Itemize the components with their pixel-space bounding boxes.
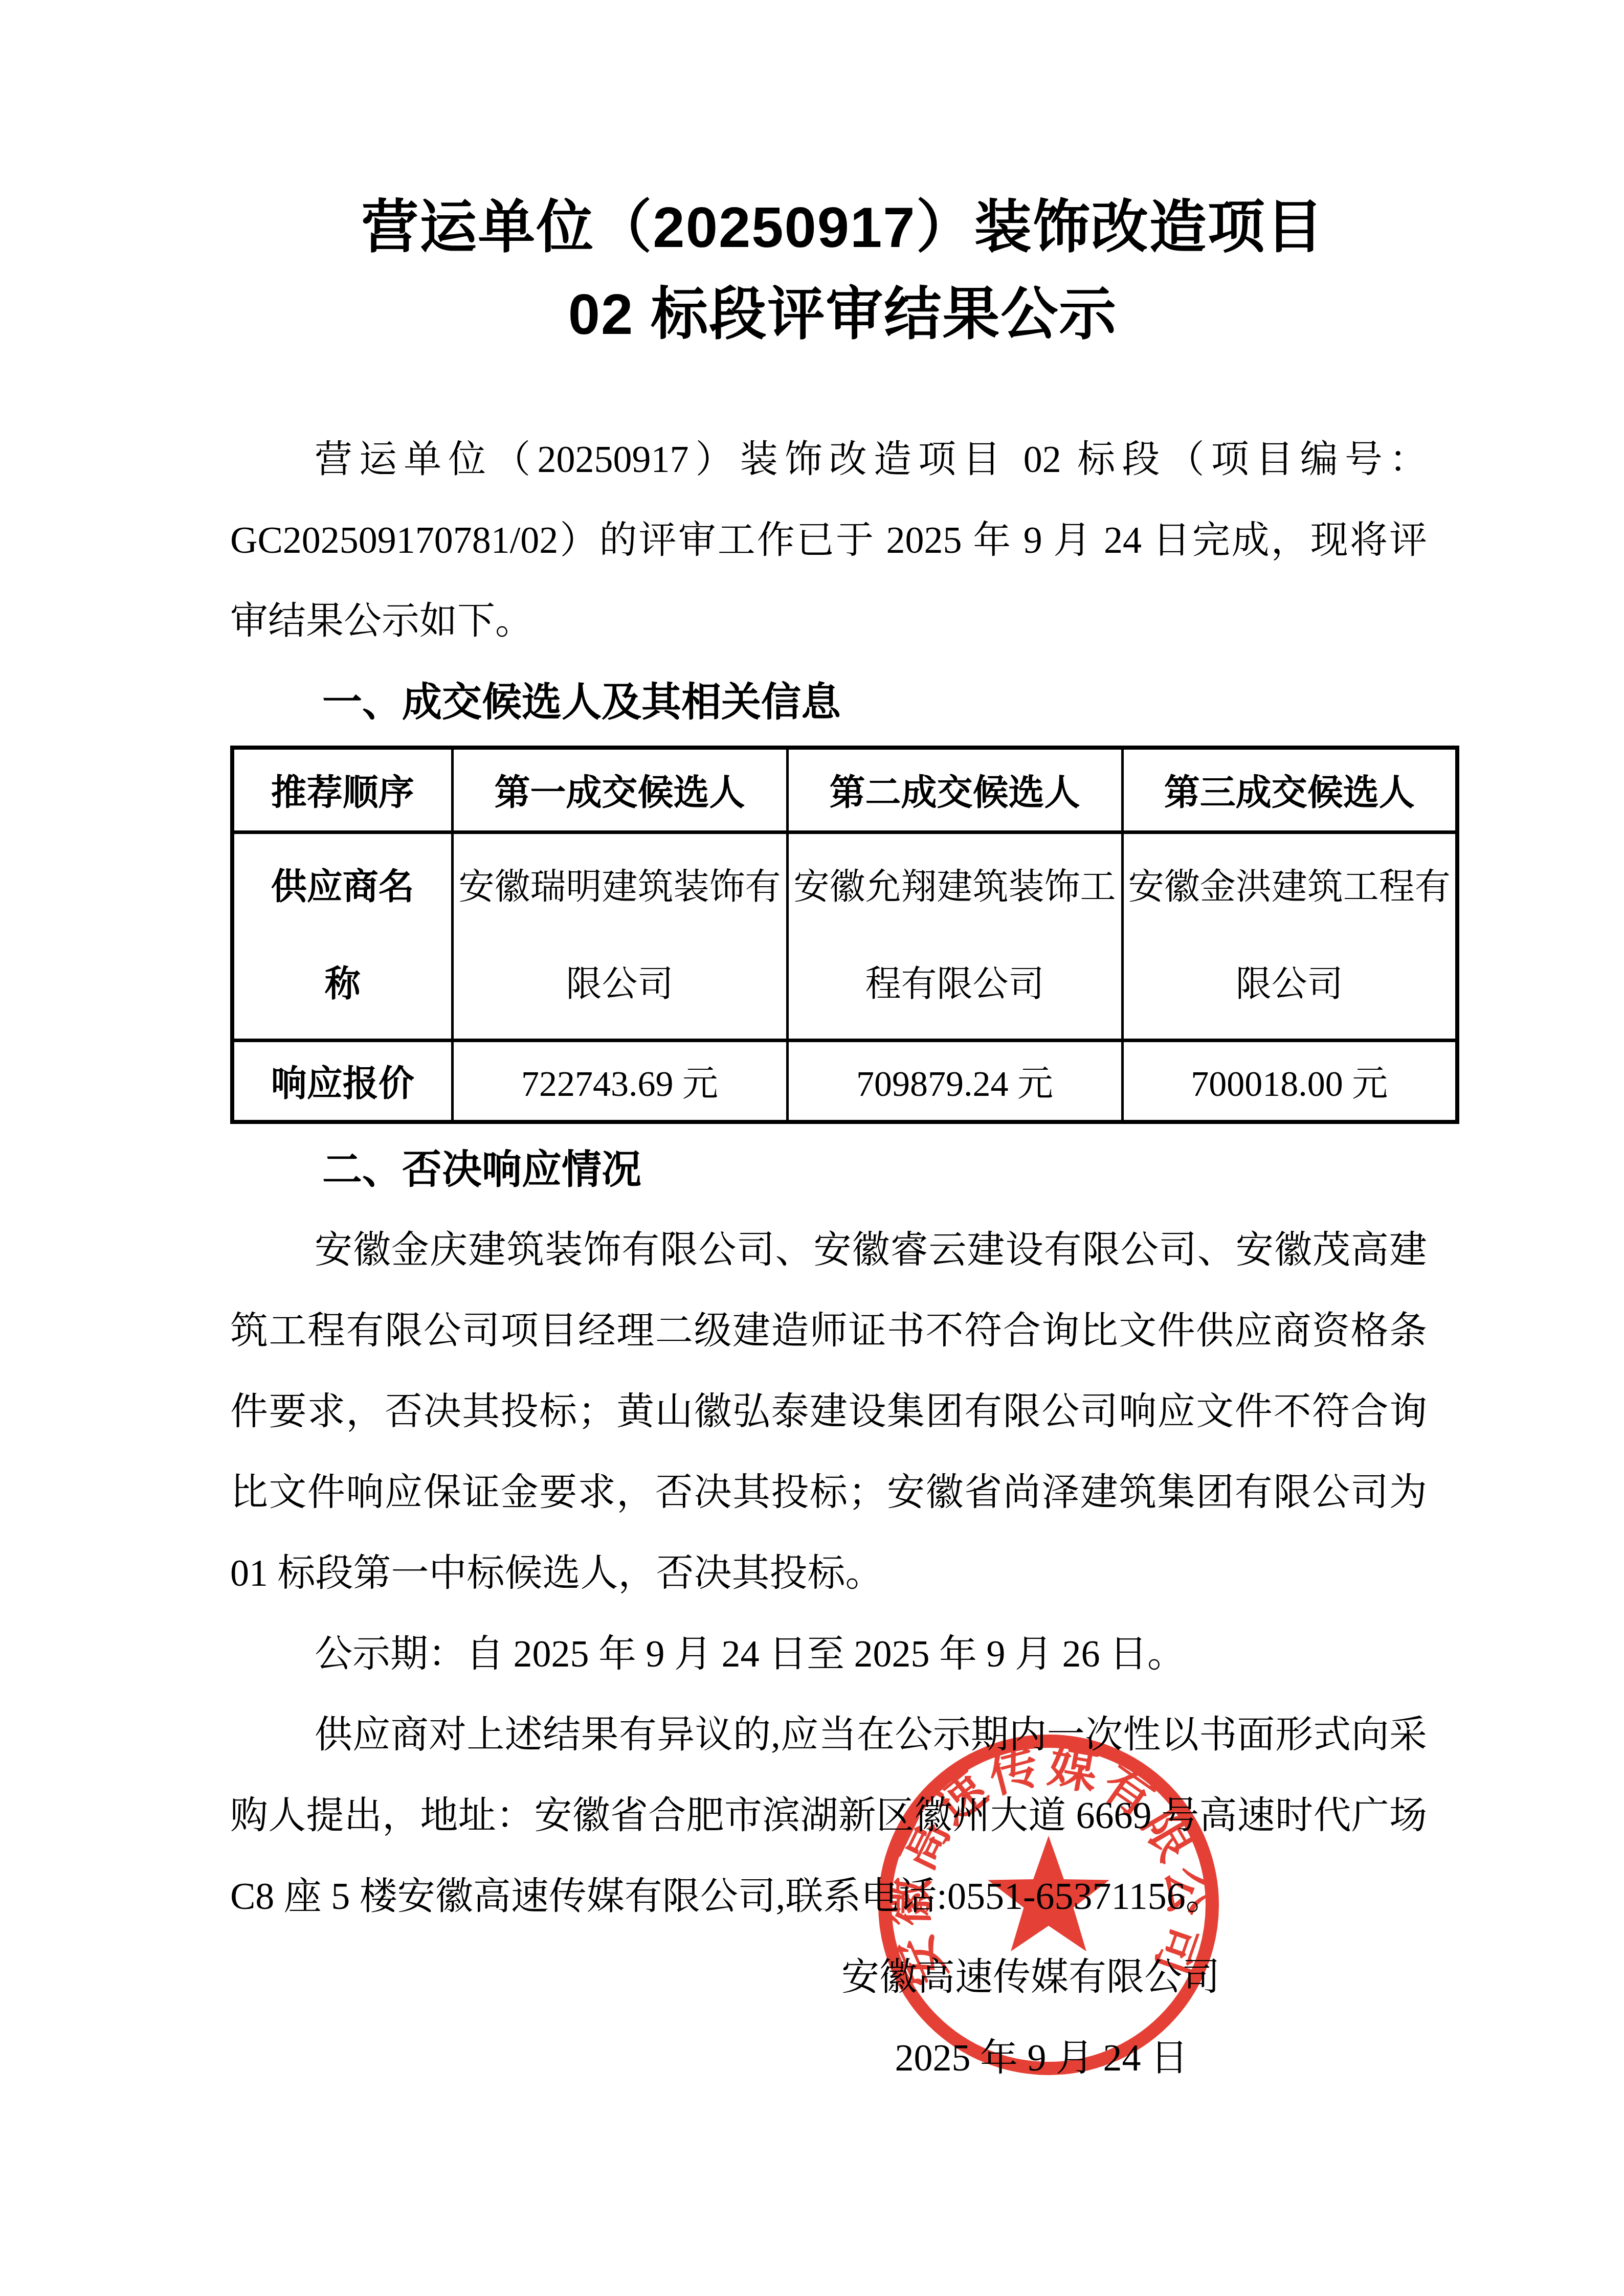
document-page: 营运单位（20250917）装饰改造项目 02 标段评审结果公示 营运单位（20… bbox=[0, 0, 1624, 2296]
supplier-name-label: 供应商名称 bbox=[232, 832, 452, 1040]
header-recommend-order: 推荐顺序 bbox=[232, 748, 452, 832]
document-content: 营运单位（20250917）装饰改造项目 02 标段评审结果公示 营运单位（20… bbox=[230, 0, 1455, 2099]
signature-block: 安徽高速传媒有限公司 2025 年 9 月 24 日 bbox=[230, 1937, 1455, 2099]
supplier-name-third: 安徽金洪建筑工程有限公司 bbox=[1122, 832, 1457, 1040]
supplier-name-second: 安徽允翔建筑装饰工程有限公司 bbox=[787, 832, 1122, 1040]
header-first-candidate: 第一成交候选人 bbox=[452, 748, 787, 832]
header-third-candidate: 第三成交候选人 bbox=[1122, 748, 1457, 832]
page-title: 营运单位（20250917）装饰改造项目 02 标段评审结果公示 bbox=[230, 184, 1455, 358]
signature-company: 安徽高速传媒有限公司 bbox=[230, 1937, 1220, 2018]
header-second-candidate: 第二成交候选人 bbox=[787, 748, 1122, 832]
section-1-heading: 一、成交候选人及其相关信息 bbox=[230, 662, 1455, 742]
publicity-period-paragraph: 公示期：自 2025 年 9 月 24 日至 2025 年 9 月 26 日。 bbox=[230, 1614, 1427, 1695]
response-price-first: 722743.69 元 bbox=[452, 1040, 787, 1122]
supplier-name-first: 安徽瑞明建筑装饰有限公司 bbox=[452, 832, 787, 1040]
table-row-response-price: 响应报价 722743.69 元 709879.24 元 700018.00 元 bbox=[232, 1040, 1457, 1122]
title-line-1: 营运单位（20250917）装饰改造项目 bbox=[230, 184, 1455, 271]
response-price-label: 响应报价 bbox=[232, 1040, 452, 1122]
signature-date: 2025 年 9 月 24 日 bbox=[230, 2018, 1188, 2099]
response-price-second: 709879.24 元 bbox=[787, 1040, 1122, 1122]
table-header-row: 推荐顺序 第一成交候选人 第二成交候选人 第三成交候选人 bbox=[232, 748, 1457, 832]
intro-paragraph: 营运单位（20250917）装饰改造项目 02 标段（项目编号：GC202509… bbox=[230, 419, 1427, 662]
objection-paragraph: 供应商对上述结果有异议的,应当在公示期内一次性以书面形式向采购人提出，地址：安徽… bbox=[230, 1695, 1427, 1937]
candidates-table: 推荐顺序 第一成交候选人 第二成交候选人 第三成交候选人 供应商名称 安徽瑞明建… bbox=[230, 746, 1459, 1124]
title-line-2: 02 标段评审结果公示 bbox=[230, 271, 1455, 358]
table-row-supplier-name: 供应商名称 安徽瑞明建筑装饰有限公司 安徽允翔建筑装饰工程有限公司 安徽金洪建筑… bbox=[232, 832, 1457, 1040]
rejection-paragraph: 安徽金庆建筑装饰有限公司、安徽睿云建设有限公司、安徽茂高建筑工程有限公司项目经理… bbox=[230, 1210, 1427, 1614]
section-2-heading: 二、否决响应情况 bbox=[230, 1129, 1455, 1210]
response-price-third: 700018.00 元 bbox=[1122, 1040, 1457, 1122]
